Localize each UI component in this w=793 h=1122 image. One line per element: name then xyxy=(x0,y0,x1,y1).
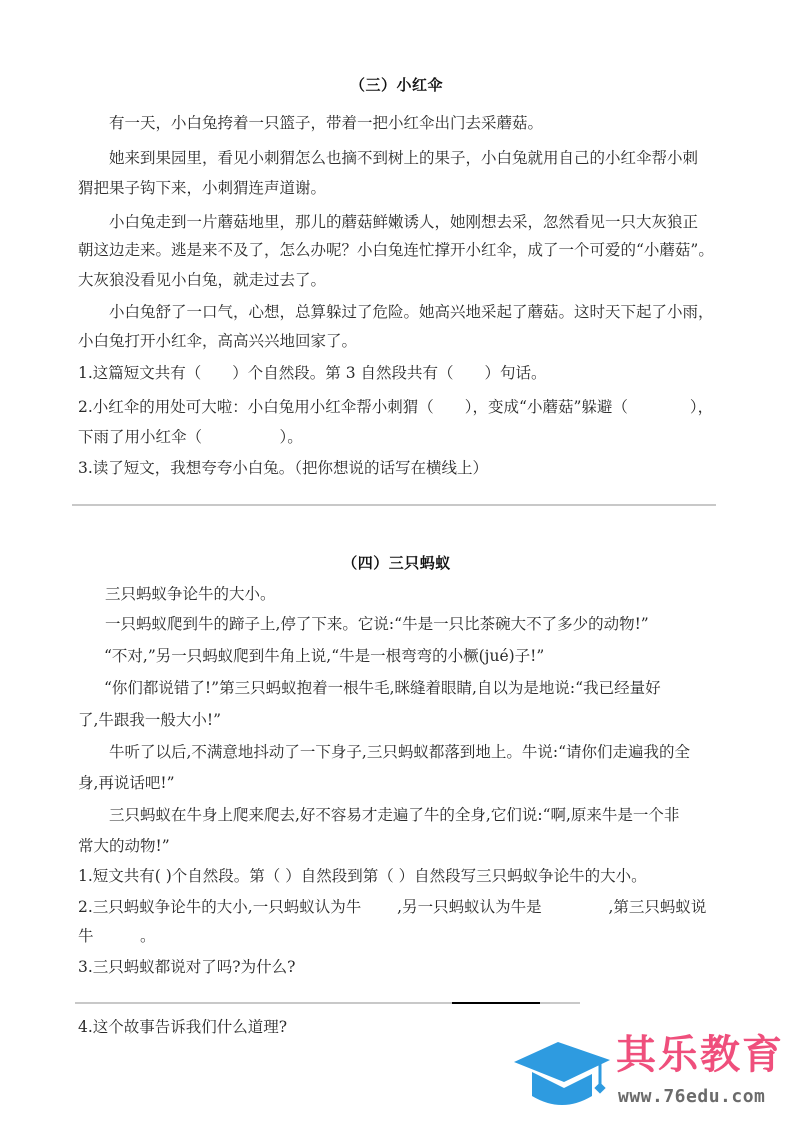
answer-line-black-segment xyxy=(452,1002,540,1004)
s3-question-2-line-1: 2.小红伞的用处可大啦：小白兔用小红伞帮小刺猬（ ），变成“小蘑菇”躲避（ ）， xyxy=(78,397,713,417)
graduation-cap-icon xyxy=(512,1038,612,1110)
s3-question-1: 1.这篇短文共有（ ）个自然段。第 3 自然段共有（ ）句话。 xyxy=(78,363,547,383)
s3-paragraph-4-line-1: 小白兔舒了一口气，心想，总算躲过了危险。她高兴地采起了蘑菇。这时天下起了小雨， xyxy=(109,302,714,322)
s4-question-2-line-2: 牛 。 xyxy=(78,926,156,946)
s3-paragraph-3-line-1: 小白兔走到一片蘑菇地里，那儿的蘑菇鲜嫩诱人，她刚想去采，忽然看见一只大灰狼正 xyxy=(109,212,698,232)
s4-paragraph-2: 一只蚂蚁爬到牛的蹄子上,停了下来。它说:“牛是一只比茶碗大不了多少的动物!” xyxy=(105,614,649,634)
s3-question-2-line-2: 下雨了用小红伞（ ）。 xyxy=(78,427,303,447)
s4-paragraph-6-line-1: 三只蚂蚁在牛身上爬来爬去,好不容易才走遍了牛的全身,它们说:“啊,原来牛是一个非 xyxy=(109,805,679,825)
s4-paragraph-5-line-1: 牛听了以后,不满意地抖动了一下身子,三只蚂蚁都落到地上。牛说:“请你们走遍我的全 xyxy=(109,742,690,762)
s4-question-1: 1.短文共有( )个自然段。第（ ）自然段到第（ ）自然段写三只蚂蚁争论牛的大小… xyxy=(78,866,647,886)
s4-paragraph-1: 三只蚂蚁争论牛的大小。 xyxy=(105,584,276,604)
s4-question-2-line-1: 2.三只蚂蚁争论牛的大小,一只蚂蚁认为牛 ,另一只蚂蚁认为牛是 ,第三只蚂蚁说 xyxy=(78,897,706,917)
brand-url: www.76edu.com xyxy=(618,1086,765,1107)
s3-paragraph-2-line-2: 猬把果子钩下来，小刺猬连声道谢。 xyxy=(78,178,326,198)
section-3-title: （三）小红伞 xyxy=(0,74,793,95)
section-4-title: （四）三只蚂蚁 xyxy=(0,552,793,573)
s4-paragraph-4-line-1: “你们都说错了!”第三只蚂蚁抱着一根牛毛,眯缝着眼睛,自以为是地说:“我已经量好 xyxy=(104,678,661,698)
brand-logo: 其乐教育 www.76edu.com xyxy=(510,1030,793,1120)
s3-paragraph-2-line-1: 她来到果园里，看见小刺猬怎么也摘不到树上的果子，小白兔就用自己的小红伞帮小刺 xyxy=(109,148,698,168)
s4-paragraph-4-line-2: 了,牛跟我一般大小!” xyxy=(78,710,221,730)
s4-paragraph-5-line-2: 身,再说话吧!” xyxy=(78,773,175,793)
s3-paragraph-3-line-3: 大灰狼没看见小白兔，就走过去了。 xyxy=(78,270,326,290)
s4-question-3: 3.三只蚂蚁都说对了吗?为什么? xyxy=(78,957,295,977)
s3-paragraph-1-line-1: 有一天，小白兔挎着一只篮子，带着一把小红伞出门去采蘑菇。 xyxy=(109,113,543,133)
worksheet-page: （三）小红伞 有一天，小白兔挎着一只篮子，带着一把小红伞出门去采蘑菇。 她来到果… xyxy=(0,0,793,1122)
brand-name: 其乐教育 xyxy=(616,1030,784,1080)
answer-line-section-3 xyxy=(72,504,716,506)
s3-question-3: 3.读了短文，我想夸夸小白兔。（把你想说的话写在横线上） xyxy=(78,458,488,478)
s4-paragraph-6-line-2: 常大的动物!” xyxy=(78,836,170,856)
s3-paragraph-4-line-2: 小白兔打开小红伞，高高兴兴地回家了。 xyxy=(78,331,357,351)
s3-paragraph-3-line-2: 朝这边走来。逃是来不及了，怎么办呢？小白兔连忙撑开小红伞，成了一个可爱的“小蘑菇… xyxy=(78,240,714,260)
s4-paragraph-3: “不对,”另一只蚂蚁爬到牛角上说,“牛是一根弯弯的小橛(jué)子!” xyxy=(104,646,544,666)
s4-question-4: 4.这个故事告诉我们什么道理? xyxy=(78,1017,287,1037)
